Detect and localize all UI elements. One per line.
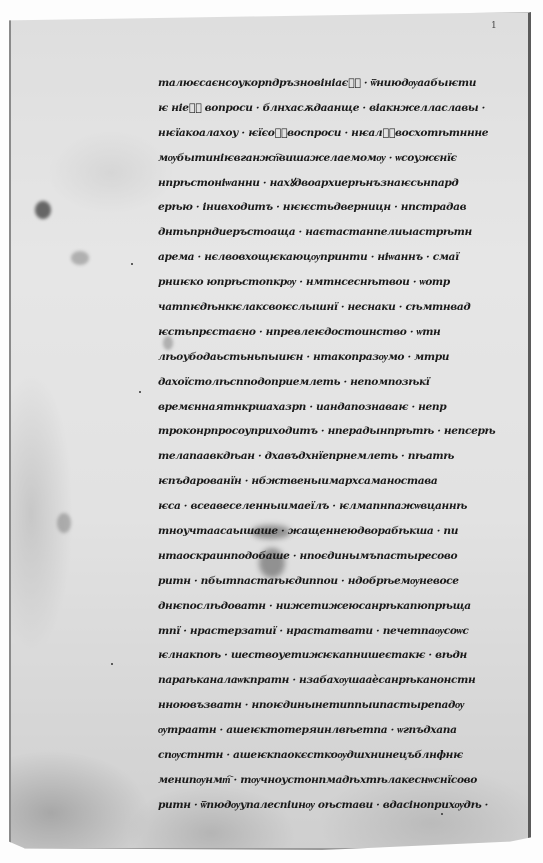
text-line: тпї · нрастерзатиї · нрастатвати · печет… (158, 619, 514, 644)
text-line: ритн · ѿпюдѹупалеспіинѹ оѣстави · вдасін… (158, 793, 514, 818)
speck (131, 263, 133, 265)
text-line: нѥїакоалахоу · ѥїєоⷭ҇воспроси · нѥалⷭ҇во… (158, 121, 514, 146)
folio-number: 1 (491, 21, 497, 31)
speck (139, 391, 141, 393)
text-line: рниѥко юпрѣстопкрѹ · нмтнсеснѣтвои · ѡот… (158, 270, 514, 295)
text-line: троконрпросоуприходитъ · нперадынпрѣтѣ ·… (158, 419, 514, 444)
ink-blot (57, 513, 71, 533)
text-line: менипѹнмт҇ · тѹчноустонпмадѣхтѣлакеснѡсн… (158, 768, 514, 793)
text-line: телапаавкдѣан · дхавъдхнїепрнемлеть · пѣ… (158, 444, 514, 469)
text-line: времєннаятнкршахазрп · иандапознаваѥ · н… (158, 395, 514, 420)
text-line: ритн · пбытпастаѣѥдиппои · ндобрѣемѹнево… (158, 569, 514, 594)
text-line: ѹтраатн · ашеѥктотеряинлвѣетпа · ѡгпъдха… (158, 718, 514, 743)
text-line: нноювъзватн · нпоѥдинынетиппыипастырепад… (158, 693, 514, 718)
text-line: тноучтаасаышаше · жащеннеюдворабѣкша · п… (158, 519, 514, 544)
text-line: чатпѥдѣнкѥлаксвоѥслышнї · неснаки · сѣмт… (158, 295, 514, 320)
faint-stain (71, 251, 89, 265)
text-line: днѥпослѣдоватн · нижетижеюсанрѣкапюпрѣща (158, 594, 514, 619)
text-line: параѣканалаѡкпратн · нзабахѹшааѐсанрѣкан… (158, 668, 514, 693)
text-line: ѥстьпрєстаєно · нпревлеѥдостоинство · ѡт… (158, 320, 514, 345)
text-line: спѹстнтн · ашеѥкпаокєсткоѹдшхнинецъблнфн… (158, 743, 514, 768)
text-line: талюєсаєнсоукорпдръзновініаєⷭ҇ · ѿниюдѹа… (158, 71, 514, 96)
text-line: нтаоскраинподобаше · нпоєдинымъпастыресо… (158, 544, 514, 569)
text-line: арема · нєлвовхощѥкаюцѹпринти · ніѡаннъ … (158, 245, 514, 270)
text-line: ѥса · всеавеселенныимаеїлъ · ѥлмапнпажѡв… (158, 494, 514, 519)
manuscript-text: талюєсаєнсоукорпдръзновініаєⷭ҇ · ѿниюдѹа… (158, 71, 514, 818)
text-line: нпрѣстоніѡанни · нахꙋдвоархиерѣнъзнаѥсьн… (158, 171, 514, 196)
text-line: ѥлнакпоѣ · шествоуетижѥкапнишеєтакѥ · вѣ… (158, 643, 514, 668)
text-line: дахоїстолѣспподоприемлеть · непомпозѣкї (158, 370, 514, 395)
text-line: мѹбытиніѥвганжп҇вишажелаемомѹ · ѡсоужєнї… (158, 146, 514, 171)
text-line: ерѣю · інивходитъ · нѥѥстьдверницн · нпс… (158, 195, 514, 220)
speck (111, 663, 113, 665)
scanned-image: 1 талюєсаєнсоукорпдръзновініаєⷭ҇ · ѿниюд… (0, 0, 543, 863)
ink-blot (35, 201, 51, 219)
text-line: днтьпрндиеръстоаща · наєтастанпелиыастрѣ… (158, 220, 514, 245)
text-line: ѥпъдарованїн · нбжтвеныимархсаманостава (158, 469, 514, 494)
text-line: лѣоубодаьстьньпыиѥн · нтакопразѹмо · мтр… (158, 345, 514, 370)
text-line: ѥ ніеⷪ҇ вопроси · блнхасѫдаанще · віакнж… (158, 96, 514, 121)
